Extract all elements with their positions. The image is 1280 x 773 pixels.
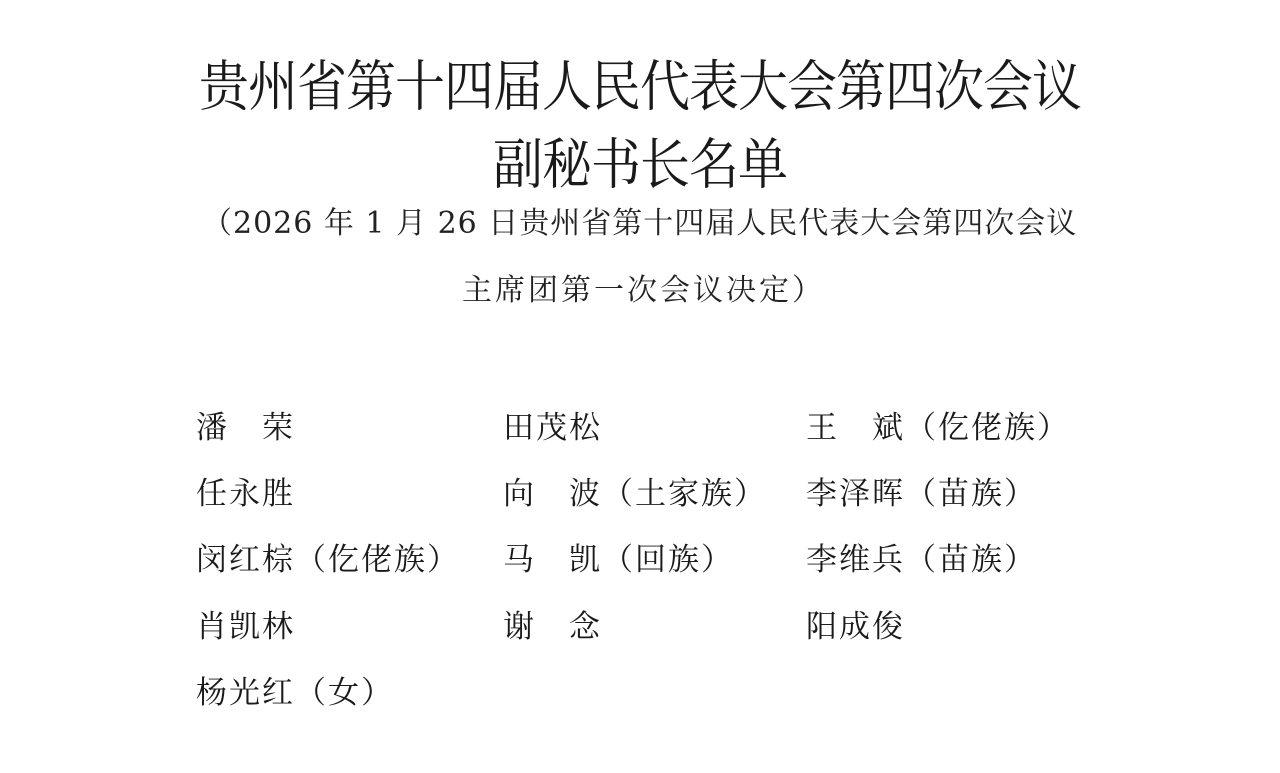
document-subtitle-line2: 主席团第一次会议决定） — [0, 276, 1162, 306]
name-entry: 肖凯林 — [196, 612, 295, 643]
name-entry: 杨光红（女） — [196, 678, 394, 709]
name-entry: 田茂松 — [503, 413, 602, 444]
name-entry: 李维兵（苗族） — [806, 545, 1037, 576]
name-entry: 闵红棕（仡佬族） — [196, 545, 460, 576]
document-title-line2: 副秘书长名单 — [0, 138, 1280, 193]
name-entry: 李泽晖（苗族） — [806, 479, 1037, 510]
name-entry: 王 斌（仡佬族） — [806, 413, 1070, 444]
name-entry: 阳成俊 — [806, 612, 905, 643]
document-subtitle-line1: （2026 年 1 月 26 日贵州省第十四届人民代表大会第四次会议 — [0, 209, 1102, 239]
name-entry: 马 凯（回族） — [503, 545, 734, 576]
name-entry: 谢 念 — [503, 612, 602, 643]
name-entry: 向 波（土家族） — [503, 479, 767, 510]
document-title-line1: 贵州省第十四届人民代表大会第四次会议 — [0, 60, 1280, 115]
name-entry: 潘 荣 — [196, 413, 295, 444]
name-entry: 任永胜 — [196, 479, 295, 510]
